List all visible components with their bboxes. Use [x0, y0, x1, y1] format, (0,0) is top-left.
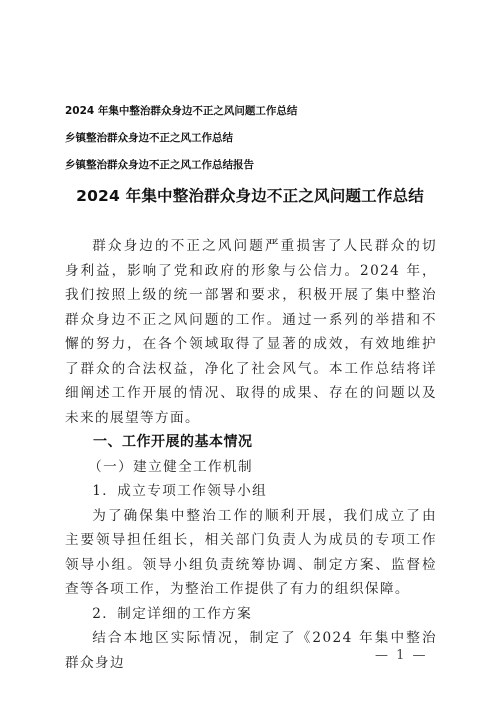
document-body: 群众身边的不正之风问题严重损害了人民群众的切身利益，影响了党和政府的形象与公信力… [65, 234, 437, 675]
item-paragraph: 为了确保集中整治工作的顺利开展，我们成立了由主要领导担任组长，相关部门负责人为成… [65, 504, 437, 602]
related-article-link[interactable]: 2024 年集中整治群众身边不正之风问题工作总结 [65, 98, 297, 125]
related-articles-list: 2024 年集中整治群众身边不正之风问题工作总结 乡镇整治群众身边不正之风工作总… [65, 98, 297, 179]
item-heading: 1．成立专项工作领导小组 [65, 479, 437, 504]
intro-paragraph: 群众身边的不正之风问题严重损害了人民群众的切身利益，影响了党和政府的形象与公信力… [65, 234, 437, 430]
page-number: — 1 — [375, 648, 428, 663]
document-title: 2024 年集中整治群众身边不正之风问题工作总结 [0, 184, 500, 208]
related-article-link[interactable]: 乡镇整治群众身边不正之风工作总结 [65, 125, 297, 152]
item-heading: 2．制定详细的工作方案 [65, 602, 437, 627]
subsection-heading: （一）建立健全工作机制 [65, 455, 437, 480]
related-article-link[interactable]: 乡镇整治群众身边不正之风工作总结报告 [65, 152, 297, 179]
section-heading: 一、工作开展的基本情况 [65, 430, 437, 455]
